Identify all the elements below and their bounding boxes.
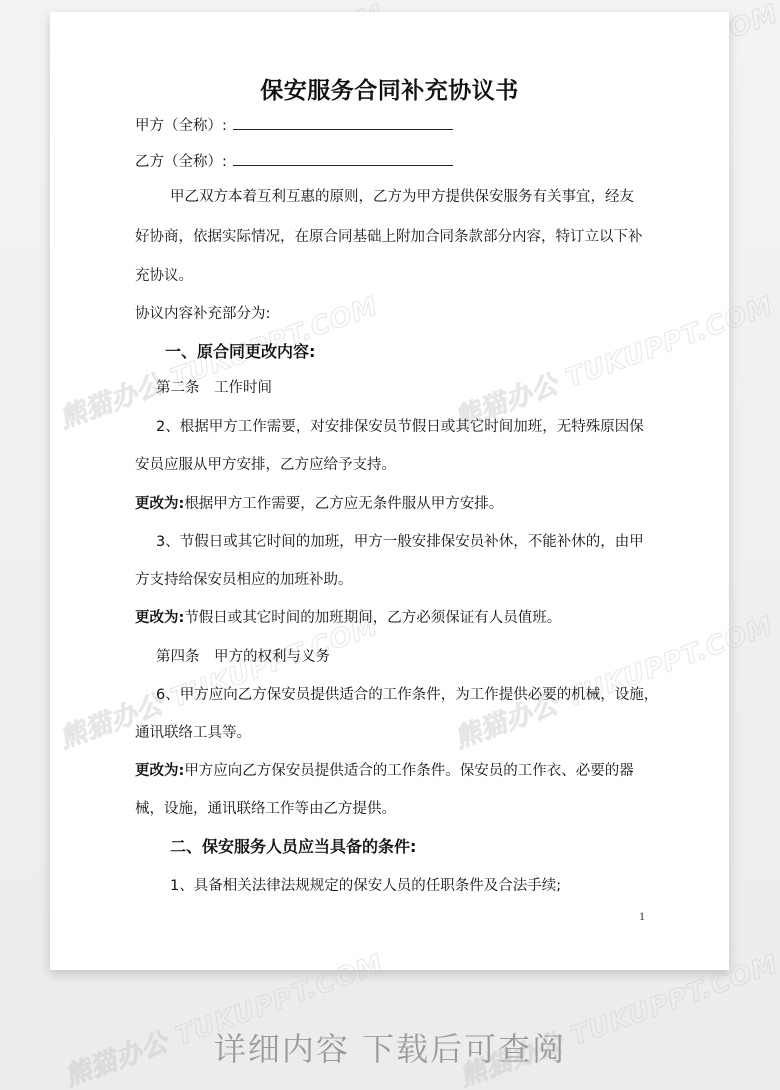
item2-line: 安员应服从甲方安排，乙方应给予支持。 (135, 455, 396, 475)
download-prompt[interactable]: 详细内容 下载后可查阅 (0, 1024, 780, 1070)
item6-line: 6、甲方应向乙方保安员提供适合的工作条件，为工作提供必要的机械，设施， (156, 685, 658, 705)
change2-text: 节假日或其它时间的加班期间，乙方必须保证有人员值班。 (184, 610, 561, 626)
change3-row: 更改为:甲方应向乙方保安员提供适合的工作条件。保安员的工作衣、必要的器 (135, 761, 634, 781)
item6-line: 通讯联络工具等。 (135, 723, 251, 743)
intro-line: 充协议。 (135, 266, 193, 286)
page-number: 1 (639, 909, 645, 924)
party-a-blank (233, 115, 453, 130)
change2-row: 更改为:节假日或其它时间的加班期间，乙方必须保证有人员值班。 (135, 608, 561, 628)
change1-text: 根据甲方工作需要，乙方应无条件服从甲方安排。 (184, 496, 503, 512)
section2-heading: 二、保安服务人员应当具备的条件: (170, 837, 416, 857)
item2-line: 2、根据甲方工作需要，对安排保安员节假日或其它时间加班，无特殊原因保 (156, 417, 644, 437)
party-a-label: 甲方（全称）: (135, 118, 227, 134)
article2-heading: 第二条 工作时间 (156, 378, 272, 398)
intro-line: 好协商，依据实际情况，在原合同基础上附加合同条款部分内容，特订立以下补 (135, 227, 643, 247)
change-label: 更改为: (135, 610, 184, 626)
item3-line: 方支持给保安员相应的加班补助。 (135, 570, 353, 590)
change-label: 更改为: (135, 763, 184, 779)
document-page: 熊猫办公 TUKUPPT.COM 熊猫办公 TUKUPPT.COM 熊猫办公 T… (50, 12, 729, 970)
intro-line: 甲乙双方本着互利互惠的原则，乙方为甲方提供保安服务有关事宜，经友 (170, 187, 634, 207)
change3-line: 械，设施，通讯联络工作等由乙方提供。 (135, 799, 396, 819)
change1-row: 更改为:根据甲方工作需要，乙方应无条件服从甲方安排。 (135, 494, 503, 514)
party-b-blank (233, 151, 453, 166)
party-a-row: 甲方（全称）: (135, 115, 453, 136)
supplement-intro: 协议内容补充部分为: (135, 304, 270, 324)
section1-heading: 一、原合同更改内容: (165, 342, 315, 362)
watermark: 熊猫办公 TUKUPPT.COM (449, 286, 778, 436)
item3-line: 3、节假日或其它时间的加班，甲方一般安排保安员补休，不能补休的，由甲 (156, 532, 644, 552)
change3-text: 甲方应向乙方保安员提供适合的工作条件。保安员的工作衣、必要的器 (184, 763, 634, 779)
article4-heading: 第四条 甲方的权利与义务 (156, 647, 330, 667)
party-b-row: 乙方（全称）: (135, 151, 453, 172)
section2-item1: 1、具备相关法律法规规定的保安人员的任职条件及合法手续; (170, 876, 561, 896)
document-title: 保安服务合同补充协议书 (50, 72, 729, 105)
change-label: 更改为: (135, 496, 184, 512)
party-b-label: 乙方（全称）: (135, 154, 227, 170)
watermark: 熊猫办公 TUKUPPT.COM (449, 606, 778, 756)
